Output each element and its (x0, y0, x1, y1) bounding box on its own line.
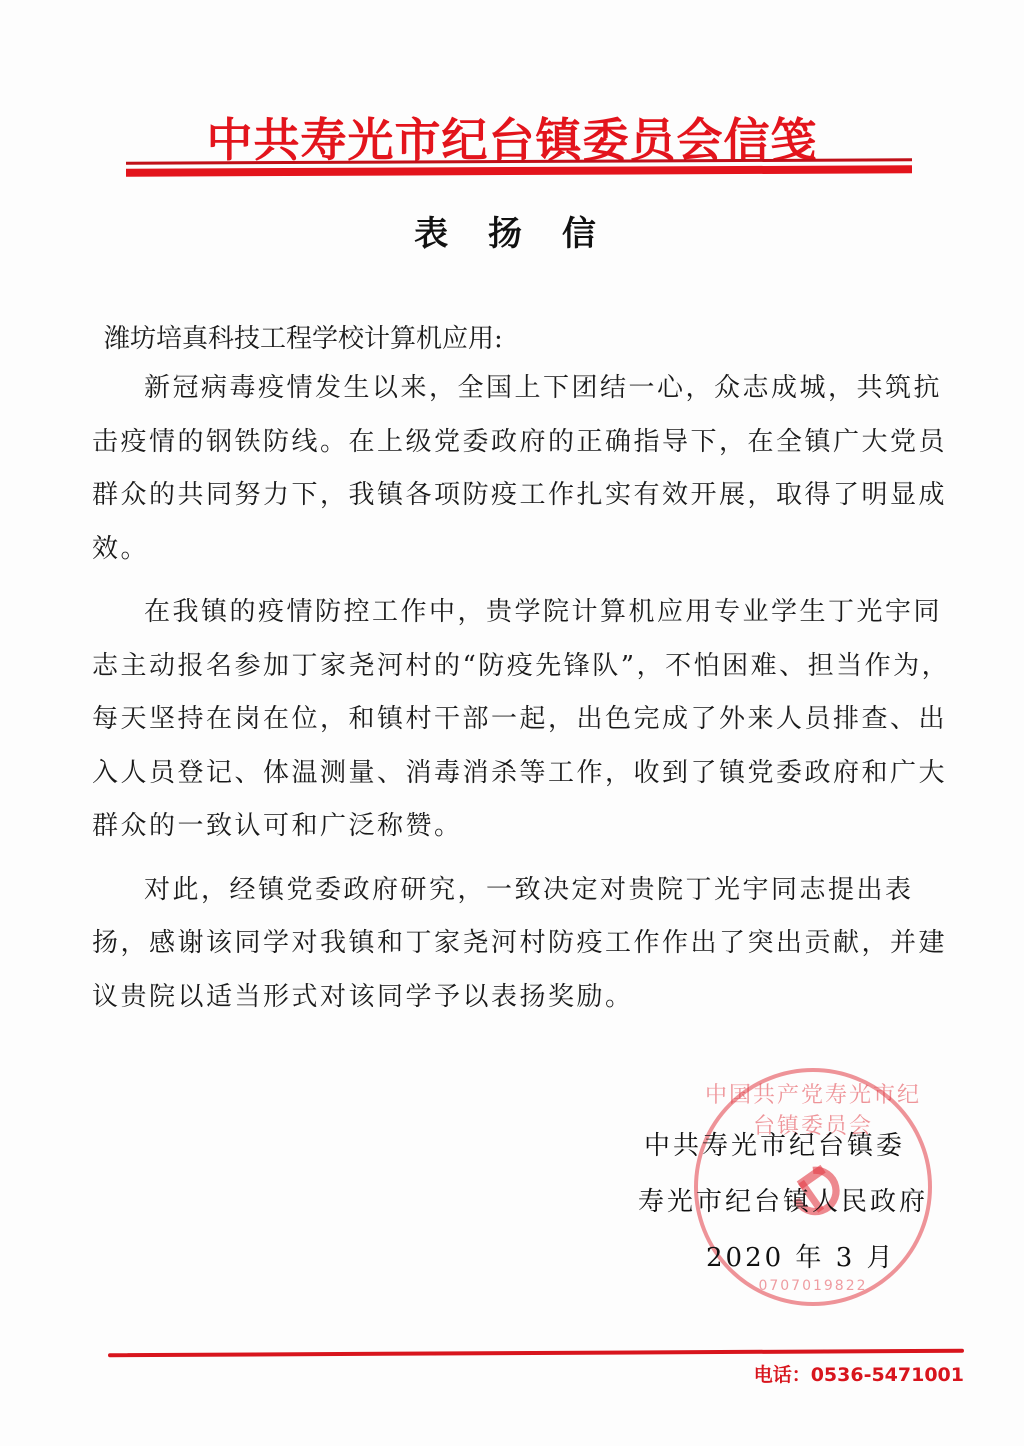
signature-date: 2020 年 3 月 (620, 1230, 960, 1286)
paragraph-3: 对此，经镇党委政府研究，一致决定对贵院丁光宇同志提出表扬，感谢该同学对我镇和丁家… (92, 864, 952, 1025)
footer-phone: 电话：0536-5471001 (754, 1360, 964, 1387)
salutation: 潍坊培真科技工程学校计算机应用: (104, 318, 503, 355)
signature-block: 中共寿光市纪台镇委 寿光市纪台镇人民政府 2020 年 3 月 (620, 1118, 960, 1286)
document-title: 表 扬 信 (0, 206, 1024, 255)
paragraph-1: 新冠病毒疫情发生以来，全国上下团结一心，众志成城，共筑抗击疫情的钢铁防线。在上级… (92, 362, 952, 576)
signature-org-committee: 中共寿光市纪台镇委 (620, 1118, 960, 1174)
letter-body: 新冠病毒疫情发生以来，全国上下团结一心，众志成城，共筑抗击疫情的钢铁防线。在上级… (92, 362, 952, 1034)
letter-page: 中共寿光市纪台镇委员会信笺 表 扬 信 潍坊培真科技工程学校计算机应用: 新冠病… (0, 0, 1024, 1446)
footer-rule (108, 1349, 964, 1357)
signature-org-government: 寿光市纪台镇人民政府 (620, 1174, 960, 1230)
paragraph-2: 在我镇的疫情防控工作中，贵学院计算机应用专业学生丁光宇同志主动报名参加丁家尧河村… (92, 586, 952, 854)
